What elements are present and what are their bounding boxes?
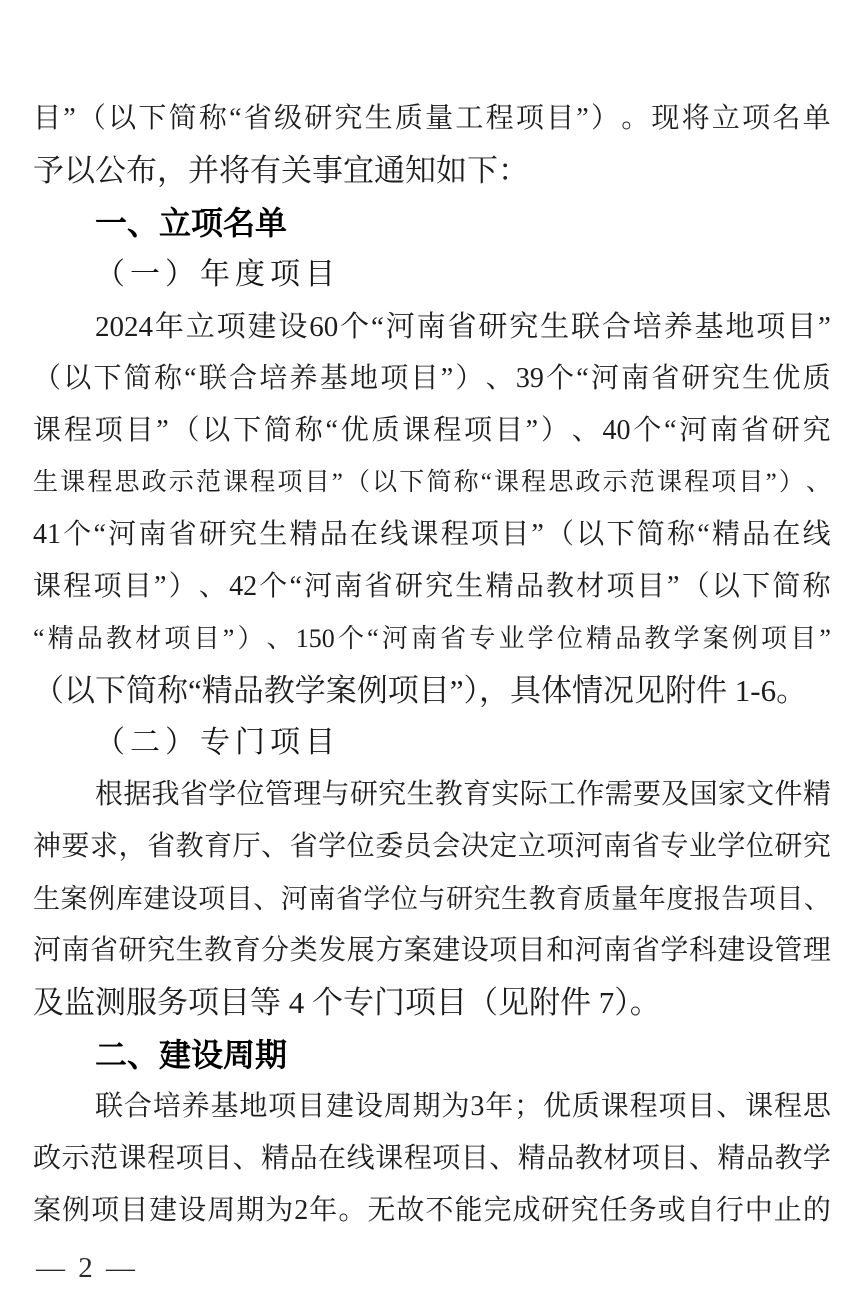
glyph: 南 (411, 613, 437, 665)
glyph: 优 (543, 1081, 571, 1133)
glyph: 工 (548, 769, 576, 821)
glyph: 目 (204, 1133, 232, 1185)
glyph: （ (78, 93, 106, 145)
glyph: 省 (180, 769, 208, 821)
glyph: 科 (689, 925, 717, 977)
glyph: 精 (486, 561, 514, 613)
glyph: 项 (217, 301, 246, 353)
glyph: 目 (297, 1081, 325, 1133)
glyph: 业 (499, 613, 525, 665)
glyph: “ (481, 457, 492, 509)
glyph: 目 (787, 301, 816, 353)
glyph: 、 (233, 1133, 261, 1185)
glyph: 我 (152, 769, 180, 821)
glyph: 程 (250, 457, 275, 509)
text-line: 生案例库建设项目、河南省学位与研究生教育质量年度报告项目、 (33, 873, 831, 925)
glyph: ” (819, 613, 831, 665)
glyph: 项 (761, 613, 787, 665)
glyph: 究 (147, 925, 175, 977)
glyph: 究 (509, 301, 538, 353)
glyph: 生 (176, 925, 204, 977)
glyph: 项 (756, 301, 785, 353)
glyph: 课 (410, 509, 438, 561)
glyph: 课 (745, 1081, 773, 1133)
glyph: 现 (651, 93, 679, 145)
glyph: 基 (320, 353, 348, 405)
glyph: 政 (575, 457, 600, 509)
text-line: 案例项目建设周期为2年。无故不能完成研究任务或自行中止的 (33, 1185, 831, 1237)
glyph: ” (576, 93, 588, 145)
glyph: 据 (123, 769, 151, 821)
glyph: （ (682, 561, 710, 613)
glyph: 究 (378, 769, 406, 821)
glyph: 及 (661, 769, 689, 821)
glyph: 能 (454, 1185, 482, 1237)
glyph: 思 (114, 457, 139, 509)
heading-line: 一、立项名单 (95, 197, 831, 249)
glyph: 建 (247, 301, 276, 353)
glyph: 程 (63, 561, 91, 613)
glyph: 究 (425, 561, 453, 613)
glyph: 教 (176, 821, 204, 873)
glyph: 期 (413, 1081, 441, 1133)
glyph: 品 (516, 561, 544, 613)
glyph: 项 (198, 873, 225, 925)
text-line: 目”（以下简称“省级研究生质量工程项目”）。现将立项名单 (33, 93, 831, 145)
text-line: 2024年立项建设60个“河南省研究生联合培养基地项目” (95, 301, 831, 353)
glyph: 程 (404, 1133, 432, 1185)
glyph: 示 (62, 1133, 90, 1185)
glyph: 品 (320, 509, 348, 561)
glyph: 项 (464, 405, 492, 457)
glyph: 项 (380, 353, 408, 405)
glyph: 基 (211, 1081, 239, 1133)
glyph: 生 (501, 873, 528, 925)
glyph: “ (326, 405, 338, 457)
glyph: 告 (721, 873, 748, 925)
glyph: 、 (261, 821, 289, 873)
glyph: 位 (746, 821, 774, 873)
glyph: 项 (658, 1081, 686, 1133)
glyph: 教 (204, 925, 232, 977)
glyph: 简 (264, 405, 292, 457)
glyph: 或 (658, 1185, 686, 1237)
glyph: 定 (489, 821, 517, 873)
glyph: 项 (749, 873, 776, 925)
glyph: 。 (621, 93, 649, 145)
glyph: 育 (204, 821, 232, 873)
glyph: 政 (142, 457, 167, 509)
glyph: ” (332, 457, 343, 509)
glyph: 程 (684, 457, 709, 509)
glyph: 将 (682, 93, 710, 145)
glyph: 、 (804, 873, 831, 925)
glyph: 求 (90, 821, 118, 873)
glyph: 周 (384, 1081, 412, 1133)
glyph: 类 (290, 925, 318, 977)
glyph: 精 (290, 509, 318, 561)
text-line: （以下简称“精品教学案例项目”），具体情况见附件 1-6。 (33, 665, 831, 717)
glyph: 发 (318, 925, 346, 977)
glyph: 项 (711, 457, 736, 509)
glyph: 名 (772, 93, 800, 145)
glyph: 养 (664, 301, 693, 353)
text-line: 根据我省学位管理与研究生教育实际工作需要及国家文件精 (95, 769, 831, 821)
glyph: “ (664, 405, 676, 457)
glyph: 际 (520, 769, 548, 821)
glyph: 、 (486, 353, 514, 405)
glyph: 精 (586, 613, 612, 665)
glyph: 下 (138, 93, 166, 145)
text-line: 予以公布，并将有关事宜通知如下： (33, 145, 831, 197)
glyph: 库 (116, 873, 143, 925)
glyph: 省 (147, 821, 175, 873)
glyph: （ (345, 457, 370, 509)
glyph: 学 (803, 1133, 831, 1185)
glyph: 根 (95, 769, 123, 821)
glyph: 项 (93, 561, 121, 613)
glyph: 研 (119, 925, 147, 977)
glyph: 程 (87, 457, 112, 509)
glyph: 精 (518, 1133, 546, 1185)
glyph: 委 (375, 821, 403, 873)
glyph: 育 (233, 925, 261, 977)
glyph: 42 (229, 561, 257, 613)
glyph: 南 (621, 353, 649, 405)
glyph: 究 (803, 405, 831, 457)
glyph: 究 (571, 1185, 599, 1237)
glyph: ” (526, 405, 538, 457)
glyph: 范 (196, 457, 221, 509)
glyph: 省 (336, 873, 363, 925)
glyph: 学 (674, 613, 700, 665)
glyph: 故 (396, 1185, 424, 1237)
glyph: 、 (489, 1133, 517, 1185)
glyph: 以 (576, 509, 604, 561)
glyph: 养 (290, 353, 318, 405)
glyph: 培 (153, 1081, 181, 1133)
glyph: 学 (208, 769, 236, 821)
glyph: 任 (600, 1185, 628, 1237)
glyph: 期 (236, 1185, 264, 1237)
glyph: ” (63, 93, 75, 145)
glyph: 项 (546, 821, 574, 873)
glyph: 目 (790, 613, 816, 665)
glyph: 南 (138, 509, 166, 561)
glyph: 家 (718, 769, 746, 821)
glyph: 培 (633, 301, 662, 353)
glyph: 学 (363, 873, 390, 925)
glyph: 示 (603, 457, 628, 509)
glyph: 生 (33, 457, 58, 509)
glyph: 目 (738, 457, 763, 509)
glyph: 合 (229, 353, 257, 405)
glyph: 课 (33, 405, 61, 457)
glyph: 中 (745, 1185, 773, 1237)
glyph: 南 (710, 405, 738, 457)
glyph: 联 (571, 301, 600, 353)
glyph: 目 (305, 457, 330, 509)
glyph: 河 (304, 561, 332, 613)
glyph: 设 (278, 301, 307, 353)
glyph: 文 (746, 769, 774, 821)
glyph: 项 (95, 405, 123, 457)
glyph: 质 (572, 1081, 600, 1133)
glyph: “ (697, 509, 709, 561)
subheading-line: （一）年度项目 (95, 249, 831, 301)
glyph: 周 (207, 1185, 235, 1237)
glyph: 程 (486, 93, 514, 145)
glyph: 下 (399, 457, 424, 509)
glyph: 与 (322, 769, 350, 821)
text-line: 生课程思政示范课程项目”（以下简称“课程思政示范课程项目”）、 (33, 457, 831, 509)
glyph: 60 (309, 301, 338, 353)
glyph: 研 (478, 301, 507, 353)
glyph: 、 (267, 613, 293, 665)
glyph: 河 (108, 509, 136, 561)
glyph: 质 (584, 873, 611, 925)
glyph: 称 (454, 457, 479, 509)
glyph: 、 (253, 873, 280, 925)
text-line: 及监测服务项目等 4 个专门项目（见附件 7）。 (33, 977, 831, 1029)
glyph: 目 (120, 1185, 148, 1237)
glyph: 。 (338, 1185, 366, 1237)
glyph: ； (514, 1081, 542, 1133)
text-line: 课程项目”）、42个“河南省研究生精品教材项目”（以下简称 (33, 561, 831, 613)
glyph: 省 (365, 561, 393, 613)
glyph: 学 (660, 925, 688, 977)
glyph: 专 (469, 613, 495, 665)
glyph: 合 (124, 1081, 152, 1133)
glyph: 单 (803, 93, 831, 145)
glyph: 省 (632, 821, 660, 873)
glyph: 生 (406, 769, 434, 821)
glyph: 研 (682, 353, 710, 405)
glyph: 目 (546, 93, 574, 145)
glyph: 省 (169, 509, 197, 561)
text-line: 41个“河南省研究生精品在线课程项目”（以下简称“精品在线 (33, 509, 831, 561)
glyph: 地 (239, 1081, 267, 1133)
glyph: 建 (717, 925, 745, 977)
glyph: 课 (375, 1133, 403, 1185)
glyph: 南 (308, 873, 335, 925)
glyph: 个 (63, 509, 91, 561)
glyph: 课 (657, 457, 682, 509)
glyph: 质 (395, 93, 423, 145)
glyph: 个 (259, 561, 287, 613)
glyph: 称 (803, 561, 831, 613)
glyph: 研 (772, 405, 800, 457)
glyph: 河 (575, 925, 603, 977)
glyph: 项 (176, 1133, 204, 1185)
glyph: 决 (461, 821, 489, 873)
glyph: 项 (607, 561, 635, 613)
text-line: 政示范课程项目、精品在线课程项目、精品教材项目、精品教学 (33, 1133, 831, 1185)
glyph: 河 (679, 405, 707, 457)
glyph: 案 (404, 925, 432, 977)
glyph: ） (237, 613, 263, 665)
glyph: 目 (637, 561, 665, 613)
glyph: 范 (90, 1133, 118, 1185)
glyph: 报 (694, 873, 721, 925)
glyph: （ (546, 509, 574, 561)
glyph: 品 (77, 613, 103, 665)
glyph: 在 (350, 509, 378, 561)
glyph: 在 (318, 1133, 346, 1185)
glyph: 需 (605, 769, 633, 821)
glyph: 简 (426, 457, 451, 509)
glyph: 下 (233, 405, 261, 457)
glyph: 在 (772, 509, 800, 561)
text-line: “精品教材项目”）、150个“河南省专业学位精品教学案例项目” (33, 613, 831, 665)
glyph: 研 (304, 93, 332, 145)
glyph: 范 (630, 457, 655, 509)
glyph: 设 (355, 1081, 383, 1133)
glyph: 质 (372, 405, 400, 457)
glyph: 会 (432, 821, 460, 873)
glyph: 案 (61, 873, 88, 925)
glyph: 思 (548, 457, 573, 509)
glyph: 省 (90, 925, 118, 977)
glyph: 为 (442, 1081, 470, 1133)
glyph: 精 (712, 509, 740, 561)
glyph: 下 (742, 561, 770, 613)
glyph: 南 (62, 925, 90, 977)
glyph: 项 (742, 93, 770, 145)
glyph: 生 (540, 301, 569, 353)
glyph: 年 (639, 873, 666, 925)
glyph: 立 (712, 93, 740, 145)
glyph: ） (455, 353, 483, 405)
glyph: 年 (155, 301, 184, 353)
glyph: 究 (474, 873, 501, 925)
glyph: 自 (687, 1185, 715, 1237)
glyph: 河 (382, 613, 408, 665)
glyph: 目 (501, 509, 529, 561)
glyph: ” (441, 353, 453, 405)
glyph: 研 (350, 769, 378, 821)
glyph: 优 (772, 353, 800, 405)
glyph: ） (169, 561, 197, 613)
text-line: 神要求，省教育厅、省学位委员会决定立项河南省专业学位研究 (33, 821, 831, 873)
glyph: 育 (556, 873, 583, 925)
glyph: 建 (326, 1081, 354, 1133)
glyph: “ (367, 613, 379, 665)
glyph: 的 (803, 1185, 831, 1237)
glyph: 教 (774, 1133, 802, 1185)
glyph: 品 (746, 1133, 774, 1185)
glyph: 学 (717, 821, 745, 873)
glyph: 年 (485, 1081, 513, 1133)
glyph: 项 (91, 1185, 119, 1237)
glyph: 、 (572, 405, 600, 457)
glyph: 南 (334, 561, 362, 613)
glyph: 专 (660, 821, 688, 873)
glyph: 材 (603, 1133, 631, 1185)
glyph: ” (818, 301, 831, 353)
glyph: 称 (295, 405, 323, 457)
glyph: 设 (171, 873, 198, 925)
glyph: ” (154, 561, 166, 613)
glyph: 程 (64, 405, 92, 457)
glyph: 、 (689, 1133, 717, 1185)
glyph: ” (156, 405, 168, 457)
glyph: 无 (367, 1185, 395, 1237)
glyph: 品 (742, 509, 770, 561)
glyph: “ (184, 353, 196, 405)
glyph: 2 (294, 1185, 308, 1237)
glyph: 河 (281, 873, 308, 925)
glyph: 39 (516, 353, 544, 405)
glyph: 下 (607, 509, 635, 561)
glyph: 目 (124, 561, 152, 613)
glyph: 不 (425, 1185, 453, 1237)
glyph: 精 (717, 1133, 745, 1185)
glyph: 完 (483, 1185, 511, 1237)
glyph: 程 (147, 1133, 175, 1185)
glyph: ） (591, 93, 619, 145)
document-page: 目”（以下简称“省级研究生质量工程项目”）。现将立项名单予以公布，并将有关事宜通… (0, 0, 864, 1312)
glyph: 政 (33, 1133, 61, 1185)
glyph: 品 (546, 1133, 574, 1185)
glyph: “ (290, 561, 302, 613)
glyph: 建 (149, 1185, 177, 1237)
glyph: 培 (259, 353, 287, 405)
glyph: 厅 (233, 821, 261, 873)
glyph: 项 (277, 457, 302, 509)
glyph: 立 (518, 821, 546, 873)
glyph: 称 (199, 93, 227, 145)
glyph: 位 (391, 873, 418, 925)
glyph: 以 (372, 457, 397, 509)
glyph: 以 (202, 405, 230, 457)
glyph: 质 (803, 353, 831, 405)
glyph: ） (541, 405, 569, 457)
glyph: 示 (169, 457, 194, 509)
glyph: 河 (386, 301, 415, 353)
glyph: 管 (265, 769, 293, 821)
glyph: 研 (774, 821, 802, 873)
glyph: 止 (774, 1185, 802, 1237)
glyph: 称 (667, 509, 695, 561)
glyph: 联 (95, 1081, 123, 1133)
glyph: 地 (350, 353, 378, 405)
glyph: 和 (546, 925, 574, 977)
glyph: 成 (513, 1185, 541, 1237)
glyph: 设 (746, 925, 774, 977)
glyph: 生 (365, 93, 393, 145)
glyph: 目 (687, 1081, 715, 1133)
glyph: 教 (435, 769, 463, 821)
glyph: 目 (660, 1133, 688, 1185)
glyph: 3 (470, 1081, 484, 1133)
glyph: 理 (293, 769, 321, 821)
glyph: 业 (689, 821, 717, 873)
glyph: 分 (261, 925, 289, 977)
glyph: 神 (33, 821, 61, 873)
glyph: 省 (651, 353, 679, 405)
glyph: 南 (603, 925, 631, 977)
glyph: 教 (546, 561, 574, 613)
glyph: 南 (417, 301, 446, 353)
glyph: 合 (602, 301, 631, 353)
glyph: 建 (143, 873, 170, 925)
glyph: 简 (772, 561, 800, 613)
glyph: “ (229, 93, 241, 145)
glyph: “ (576, 353, 588, 405)
glyph: 究 (334, 93, 362, 145)
glyph: 究 (712, 353, 740, 405)
